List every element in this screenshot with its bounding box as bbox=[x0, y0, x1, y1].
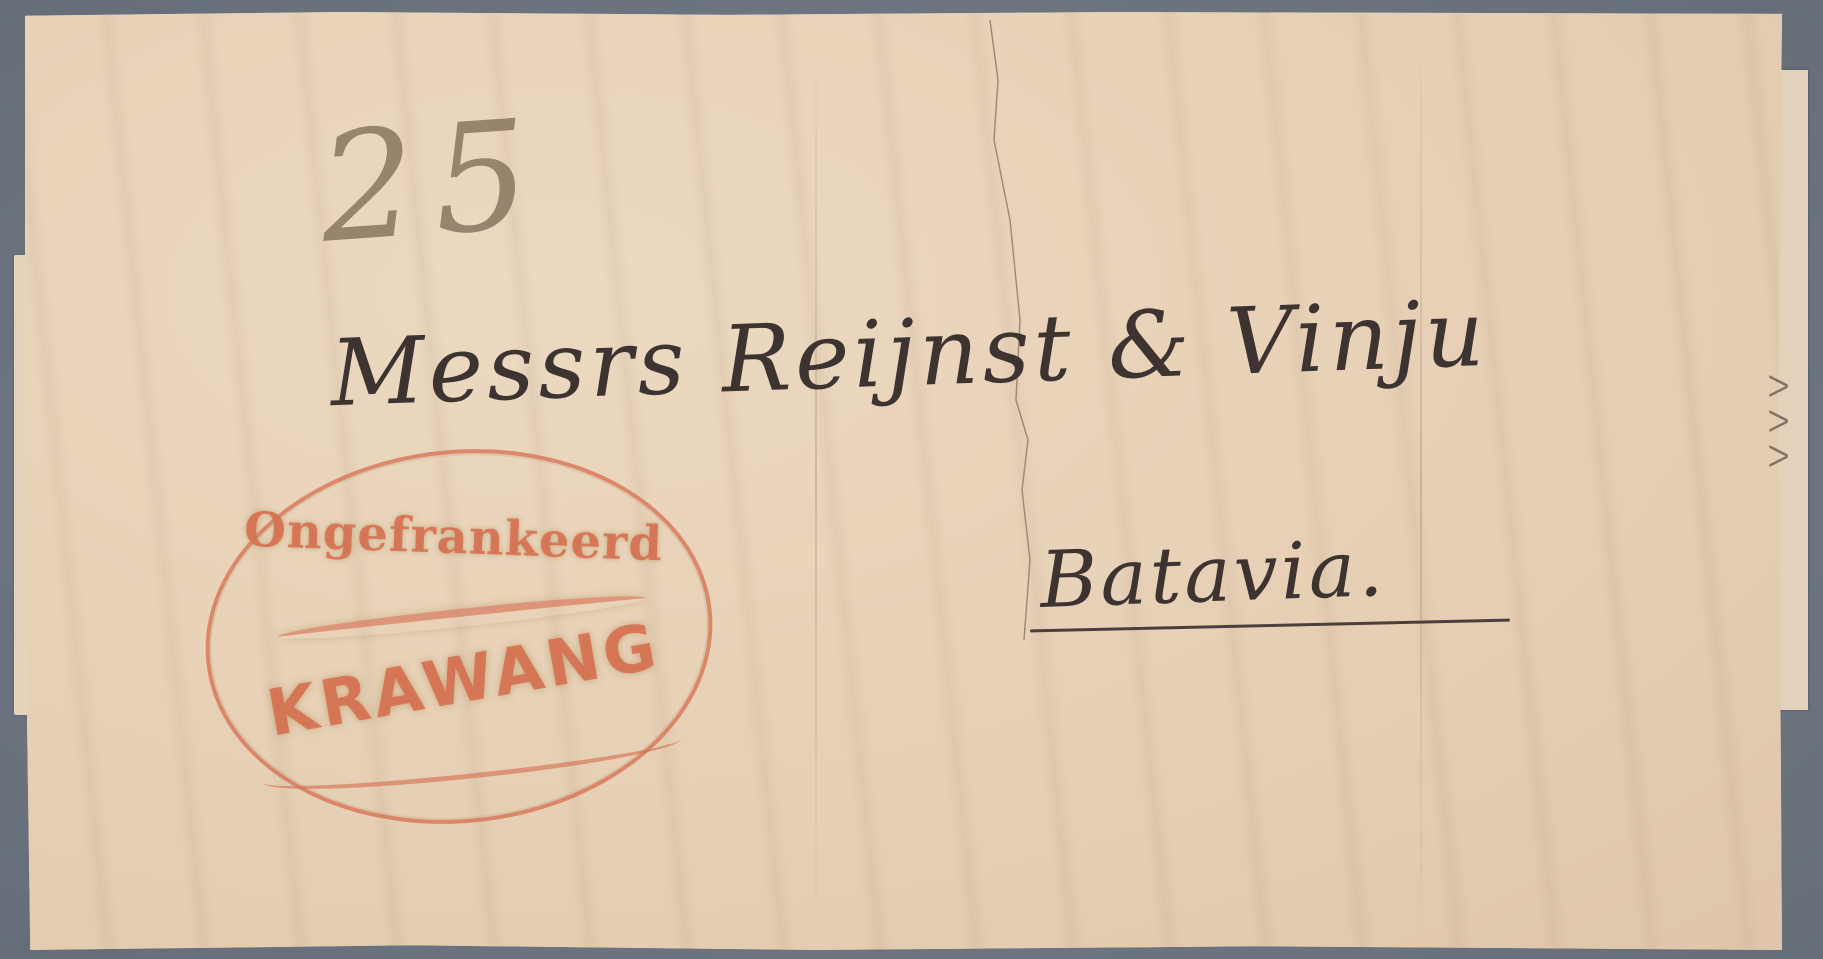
edge-ink-marks: ᐳᐳᐳ bbox=[1760, 370, 1796, 475]
fold-line bbox=[815, 12, 817, 950]
handstamp-top-text: Ongefrankeerd bbox=[228, 501, 680, 573]
rate-marking: 25 bbox=[314, 87, 552, 276]
cover-paper bbox=[25, 12, 1782, 950]
fold-line bbox=[1420, 12, 1422, 950]
destination-city: Batavia. bbox=[1039, 524, 1388, 626]
